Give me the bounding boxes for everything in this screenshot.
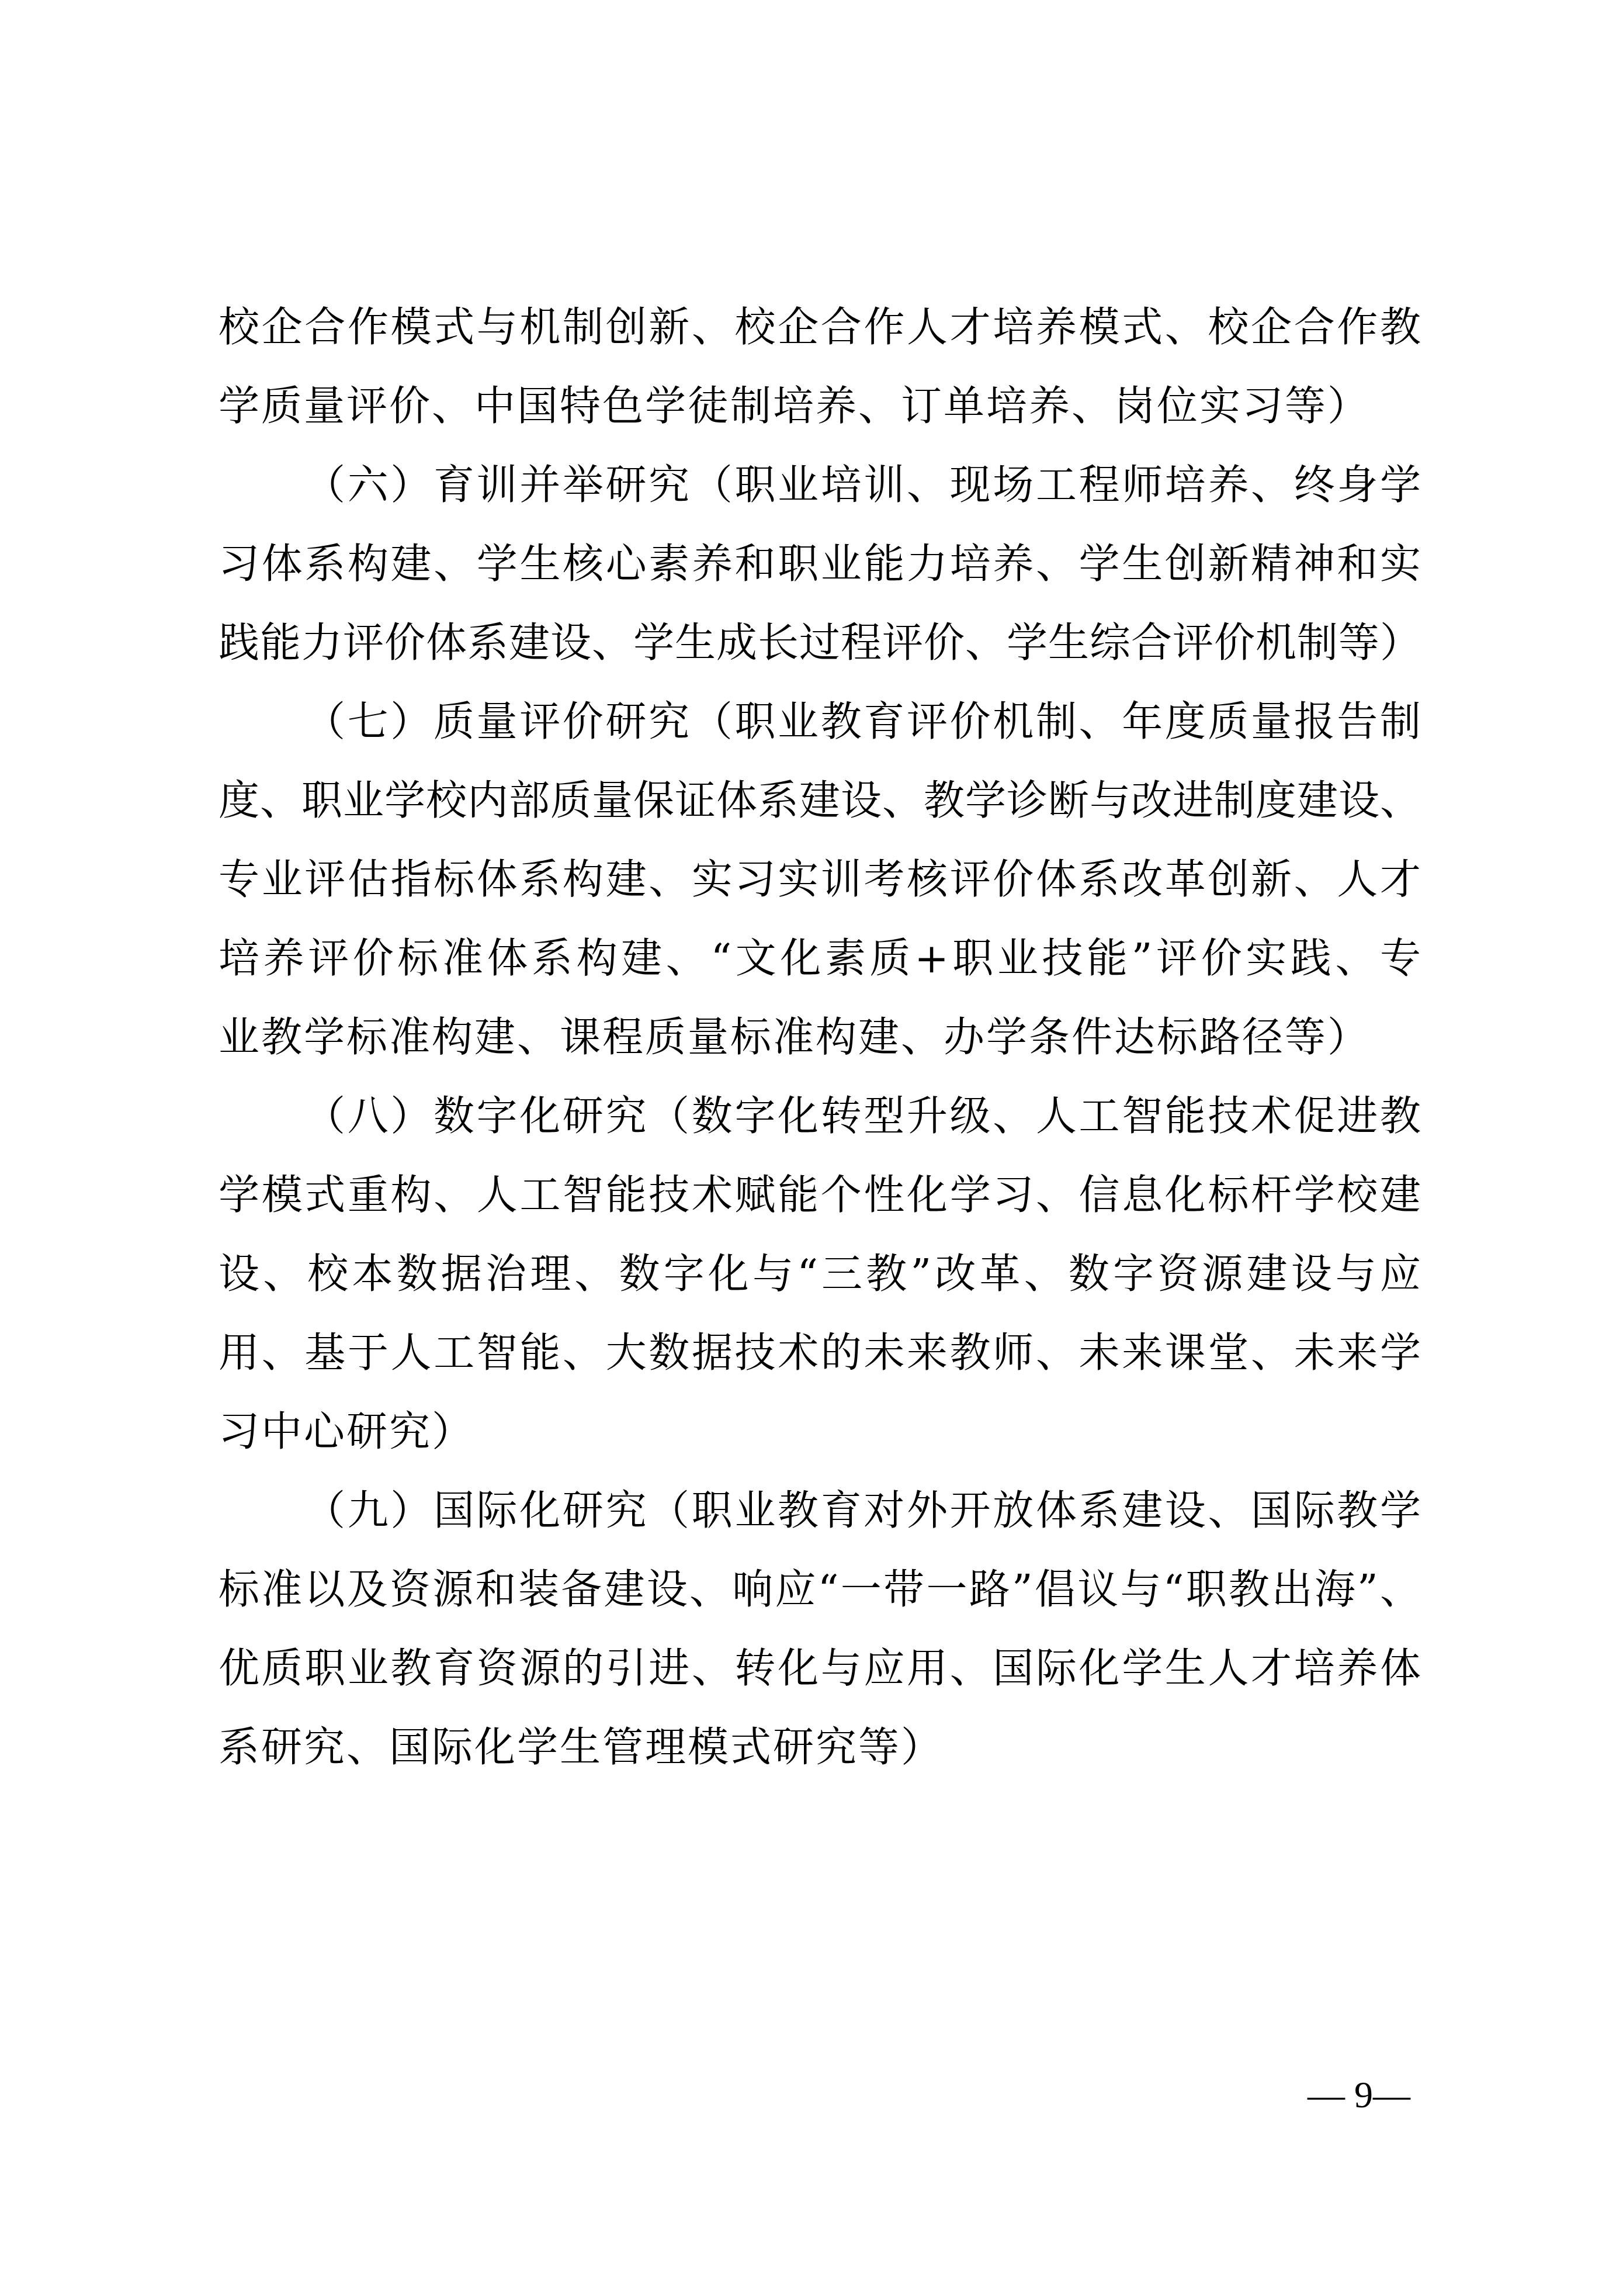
text-line: 专业评估指标体系构建、实习实训考核评价体系改革创新、人才 bbox=[219, 847, 1421, 926]
paragraph-continuation: 校企合作模式与机制创新、校企合作人才培养模式、校企合作教 学质量评价、中国特色学… bbox=[219, 295, 1421, 453]
text-line: 标准以及资源和装备建设、响应“一带一路”倡议与“职教出海”、 bbox=[219, 1557, 1421, 1636]
text-line: 习体系构建、学生核心素养和职业能力培养、学生创新精神和实 bbox=[219, 532, 1421, 611]
body-text: 校企合作模式与机制创新、校企合作人才培养模式、校企合作教 学质量评价、中国特色学… bbox=[219, 295, 1421, 1794]
text-line: 优质职业教育资源的引进、转化与应用、国际化学生人才培养体 bbox=[219, 1636, 1421, 1715]
paragraph-item-7: （七）质量评价研究（职业教育评价机制、年度质量报告制 度、职业学校内部质量保证体… bbox=[219, 690, 1421, 1084]
text-line: 设、校本数据治理、数字化与“三教”改革、数字资源建设与应 bbox=[219, 1242, 1421, 1321]
text-line: 习中心研究） bbox=[219, 1400, 1421, 1478]
paragraph-item-8: （八）数字化研究（数字化转型升级、人工智能技术促进教 学模式重构、人工智能技术赋… bbox=[219, 1084, 1421, 1478]
text-line: 业教学标准构建、课程质量标准构建、办学条件达标路径等） bbox=[219, 1005, 1421, 1084]
paragraph-heading-line: （七）质量评价研究（职业教育评价机制、年度质量报告制 bbox=[219, 690, 1421, 768]
paragraph-item-9: （九）国际化研究（职业教育对外开放体系建设、国际教学 标准以及资源和装备建设、响… bbox=[219, 1478, 1421, 1794]
text-line: 培养评价标准体系构建、“文化素质+职业技能”评价实践、专 bbox=[219, 926, 1421, 1005]
text-line: 校企合作模式与机制创新、校企合作人才培养模式、校企合作教 bbox=[219, 295, 1421, 374]
paragraph-heading-line: （八）数字化研究（数字化转型升级、人工智能技术促进教 bbox=[219, 1084, 1421, 1163]
text-line: 践能力评价体系建设、学生成长过程评价、学生综合评价机制等） bbox=[219, 611, 1421, 690]
paragraph-item-6: （六）育训并举研究（职业培训、现场工程师培养、终身学 习体系构建、学生核心素养和… bbox=[219, 453, 1421, 690]
text-line: 度、职业学校内部质量保证体系建设、教学诊断与改进制度建设、 bbox=[219, 768, 1421, 847]
text-line: 学模式重构、人工智能技术赋能个性化学习、信息化标杆学校建 bbox=[219, 1163, 1421, 1242]
paragraph-heading-line: （六）育训并举研究（职业培训、现场工程师培养、终身学 bbox=[219, 453, 1421, 532]
text-line: 系研究、国际化学生管理模式研究等） bbox=[219, 1715, 1421, 1794]
page-number: — 9— bbox=[1308, 2069, 1410, 2121]
document-page: 校企合作模式与机制创新、校企合作人才培养模式、校企合作教 学质量评价、中国特色学… bbox=[0, 0, 1623, 2296]
text-line: 学质量评价、中国特色学徒制培养、订单培养、岗位实习等） bbox=[219, 374, 1421, 453]
text-line: 用、基于人工智能、大数据技术的未来教师、未来课堂、未来学 bbox=[219, 1321, 1421, 1400]
paragraph-heading-line: （九）国际化研究（职业教育对外开放体系建设、国际教学 bbox=[219, 1478, 1421, 1557]
